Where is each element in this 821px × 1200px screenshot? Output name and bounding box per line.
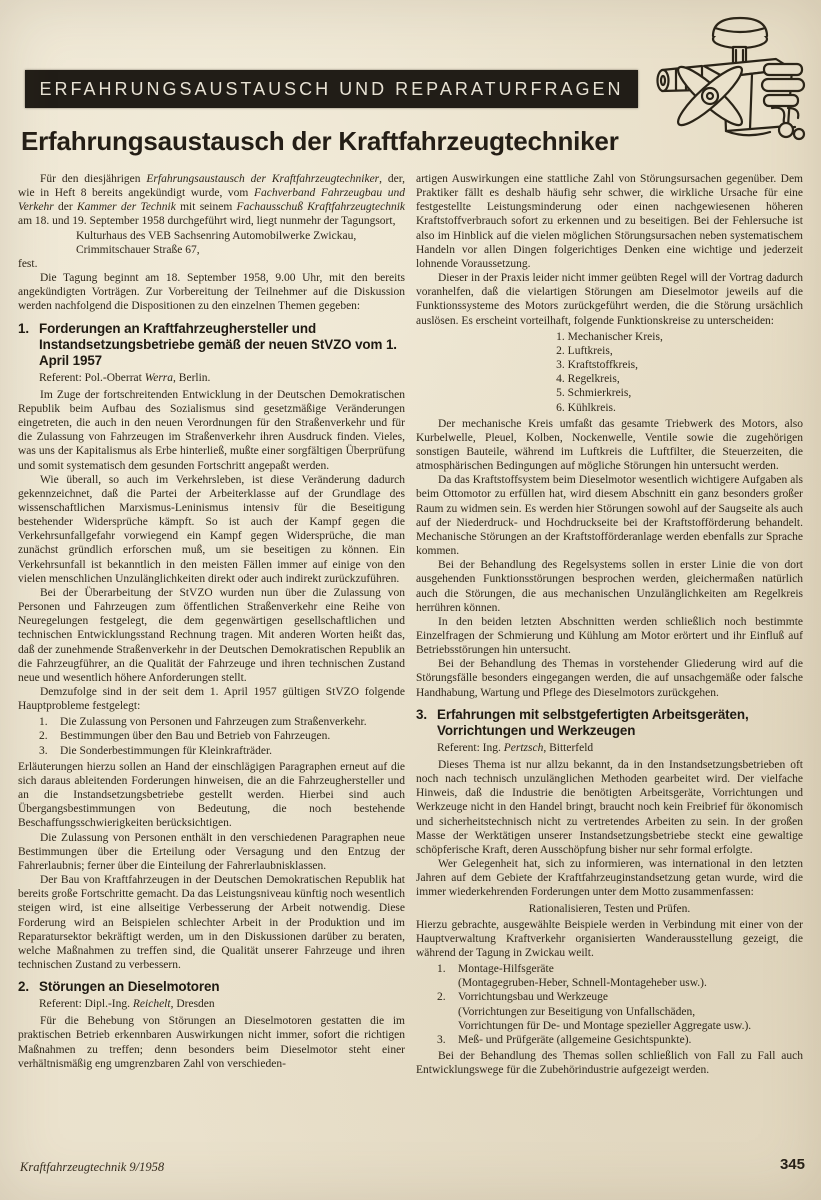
section-heading: 1.Forderungen an Kraftfahrzeughersteller…	[18, 321, 405, 369]
list-item: 4. Regelkreis,	[556, 372, 663, 386]
numbered-list: 1.Die Zulassung von Personen und Fahrzeu…	[39, 715, 405, 757]
paragraph: Wer Gelegenheit hat, sich zu informieren…	[416, 857, 803, 899]
address-line: Kulturhaus des VEB Sachsenring Automobil…	[76, 229, 405, 243]
paragraph: Hierzu gebrachte, ausgewählte Beispiele …	[416, 918, 803, 960]
centered-list-items: 1. Mechanischer Kreis,2. Luftkreis,3. Kr…	[556, 330, 663, 415]
paragraph: In den beiden letzten Abschnitten werden…	[416, 615, 803, 657]
section-heading: 3.Erfahrungen mit selbstgefertigten Arbe…	[416, 707, 803, 739]
paragraph: Bei der Behandlung des Themas in vorsteh…	[416, 657, 803, 699]
paragraph: Wie überall, so auch im Verkehrsleben, i…	[18, 473, 405, 586]
list-item: 3. Kraftstoffkreis,	[556, 358, 663, 372]
list-item: 6. Kühlkreis.	[556, 401, 663, 415]
list-item: 2. Luftkreis,	[556, 344, 663, 358]
text-line: fest.	[18, 257, 405, 271]
centered-list: 1. Mechanischer Kreis,2. Luftkreis,3. Kr…	[416, 330, 803, 415]
list-item-number: 1.	[437, 962, 458, 990]
article-body: Für den diesjährigen Erfahrungsaustausch…	[18, 172, 804, 1077]
right-column: artigen Auswirkungen eine stattliche Zah…	[416, 172, 803, 1077]
list-item-text: Die Sonderbestimmungen für Kleinkrafträd…	[60, 744, 405, 758]
paragraph: Dieser in der Praxis leider nicht immer …	[416, 271, 803, 328]
paragraph: Bei der Behandlung des Themas sollen sch…	[416, 1049, 803, 1077]
section-title: Störungen an Dieselmotoren	[39, 979, 405, 995]
section-number: 3.	[416, 707, 437, 739]
list-item: 1.Die Zulassung von Personen und Fahrzeu…	[39, 715, 405, 729]
list-item-number: 1.	[39, 715, 60, 729]
referent-line: Referent: Pol.-Oberrat Werra, Berlin.	[39, 371, 405, 385]
paragraph: Für die Behebung von Störungen an Diesel…	[18, 1014, 405, 1071]
list-item: 3.Die Sonderbestimmungen für Kleinkraftr…	[39, 744, 405, 758]
paragraph: Im Zuge der fortschreitenden Entwicklung…	[18, 388, 405, 473]
section-title: Erfahrungen mit selbstgefertigten Arbeit…	[437, 707, 803, 739]
section-banner-label: ERFAHRUNGSAUSTAUSCH UND REPARATURFRAGEN	[39, 79, 623, 100]
engine-illustration	[652, 6, 810, 148]
list-item: 2.Bestimmungen über den Bau und Betrieb …	[39, 729, 405, 743]
paragraph: Demzufolge sind in der seit dem 1. April…	[18, 685, 405, 713]
left-column: Für den diesjährigen Erfahrungsaustausch…	[18, 172, 405, 1077]
paragraph: Da das Kraftstoffsystem beim Dieselmotor…	[416, 473, 803, 558]
address-line: Crimmitschauer Straße 67,	[76, 243, 405, 257]
venue-address: Kulturhaus des VEB Sachsenring Automobil…	[76, 229, 405, 257]
list-item-number: 3.	[437, 1033, 458, 1047]
section-heading: 2.Störungen an Dieselmotoren	[18, 979, 405, 995]
referent-line: Referent: Ing. Pertzsch, Bitterfeld	[437, 741, 803, 755]
list-item-number: 3.	[39, 744, 60, 758]
list-item-text: Montage-Hilfsgeräte(Montagegruben-Heber,…	[458, 962, 803, 990]
list-item: 1.Montage-Hilfsgeräte(Montagegruben-Hebe…	[437, 962, 803, 990]
paragraph: Bei der Behandlung des Regelsystems soll…	[416, 558, 803, 615]
numbered-list: 1.Montage-Hilfsgeräte(Montagegruben-Hebe…	[437, 962, 803, 1047]
list-item-number: 2.	[437, 990, 458, 1032]
paragraph: Bei der Überarbeitung der StVZO wurden n…	[18, 586, 405, 685]
paragraph: Der mechanische Kreis umfaßt das gesamte…	[416, 417, 803, 474]
section-title: Forderungen an Kraftfahrzeughersteller u…	[39, 321, 405, 369]
list-item: 1. Mechanischer Kreis,	[556, 330, 663, 344]
list-item-text: Vorrichtungsbau und Werkzeuge(Vorrichtun…	[458, 990, 803, 1032]
list-item: 5. Schmierkreis,	[556, 386, 663, 400]
list-item-text: Bestimmungen über den Bau und Betrieb vo…	[60, 729, 405, 743]
section-banner: ERFAHRUNGSAUSTAUSCH UND REPARATURFRAGEN	[25, 70, 638, 108]
list-item: 2.Vorrichtungsbau und Werkzeuge(Vorricht…	[437, 990, 803, 1032]
magazine-page: ERFAHRUNGSAUSTAUSCH UND REPARATURFRAGEN	[0, 0, 821, 1200]
paragraph: Dieses Thema ist nur allzu bekannt, da i…	[416, 758, 803, 857]
list-item-text: Die Zulassung von Personen und Fahrzeuge…	[60, 715, 405, 729]
motto-line: Rationalisieren, Testen und Prüfen.	[416, 902, 803, 916]
list-item-number: 2.	[39, 729, 60, 743]
referent-line: Referent: Dipl.-Ing. Reichelt, Dresden	[39, 997, 405, 1011]
page-title: Erfahrungsaustausch der Kraftfahrzeugtec…	[21, 126, 619, 157]
footer-journal-title: Kraftfahrzeugtechnik 9/1958	[20, 1160, 164, 1175]
list-item-text: Meß- und Prüfgeräte (allgemeine Gesichts…	[458, 1033, 803, 1047]
section-number: 2.	[18, 979, 39, 995]
paragraph: artigen Auswirkungen eine stattliche Zah…	[416, 172, 803, 271]
paragraph: Für den diesjährigen Erfahrungsaustausch…	[18, 172, 405, 229]
list-item: 3.Meß- und Prüfgeräte (allgemeine Gesich…	[437, 1033, 803, 1047]
air-filter-icon	[713, 18, 767, 64]
section-number: 1.	[18, 321, 39, 369]
footer-page-number: 345	[780, 1156, 805, 1173]
paragraph: Der Bau von Kraftfahrzeugen in der Deuts…	[18, 873, 405, 972]
paragraph: Erläuterungen hierzu sollen an Hand der …	[18, 760, 405, 831]
paragraph: Die Tagung beginnt am 18. September 1958…	[18, 271, 405, 313]
paragraph: Die Zulassung von Personen enthält in de…	[18, 831, 405, 873]
